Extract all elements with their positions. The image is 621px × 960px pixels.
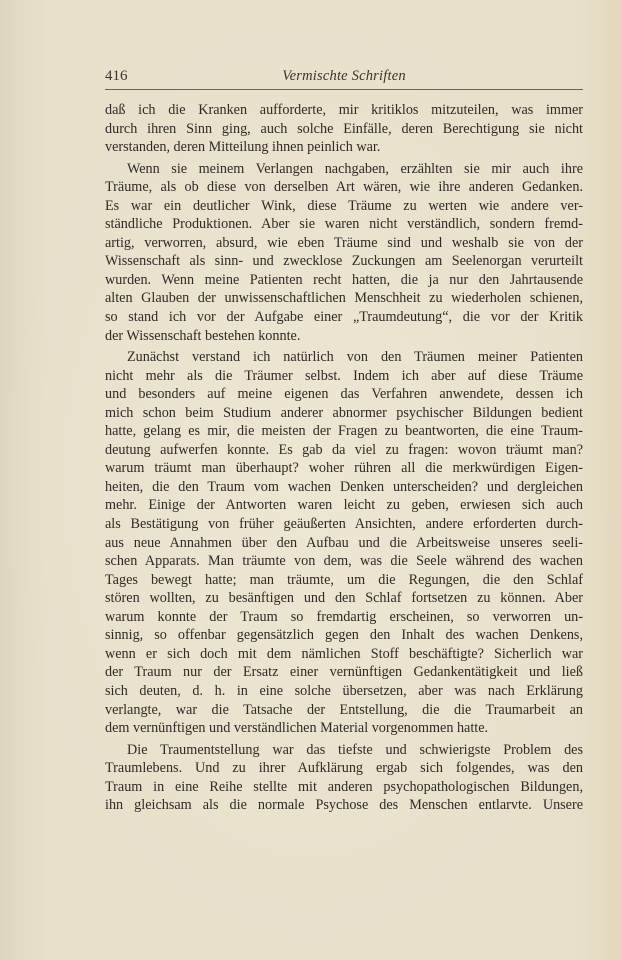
text-line: ihn gleichsam als die normale Psychose d… [105,796,583,815]
text-line: Tages bewegt hatte; man träumte, um die … [105,571,583,590]
text-line: der Traum nur der Ersatz einer vernünfti… [105,663,583,682]
text-line: Träume, als ob diese von derselben Art w… [105,178,583,197]
body-text: daß ich die Kranken aufforderte, mir kri… [105,101,583,818]
text-line: durch ihren Sinn ging, auch solche Einfä… [105,120,583,139]
text-line: und besonders auf meine eigenen das Verf… [105,385,583,404]
text-line: alten Glauben der unwissenschaftlichen M… [105,289,583,308]
header-rule [105,89,583,90]
page-header: 416 Vermischte Schriften [105,68,583,88]
text-line: der Wissenschaft bestehen konnte. [105,327,583,346]
text-line: mich schon beim Studium anderer abnormer… [105,404,583,423]
text-line: aus neue Annahmen über den Aufbau und di… [105,534,583,553]
text-line: so stand ich vor der Aufgabe einer „Trau… [105,308,583,327]
text-line: nicht mehr als die Träumer selbst. Indem… [105,367,583,386]
text-line: warum konnte der Traum so fremdartig ers… [105,608,583,627]
text-line: Es war ein deutlicher Wink, diese Träume… [105,197,583,216]
text-line: deutung aufwerfen konnte. Es gab da viel… [105,441,583,460]
text-line: hatte, gelang es mir, die meisten der Fr… [105,422,583,441]
text-line: verlangte, war die Tatsache der Entstell… [105,701,583,720]
text-line: Die Traumentstellung war das tiefste und… [105,741,583,760]
text-line: Zunächst verstand ich natürlich von den … [105,348,583,367]
text-line: Traumlebens. Und zu ihrer Aufklärung erg… [105,759,583,778]
text-line: sinnig, so offenbar gegensätzlich gegen … [105,626,583,645]
paragraph: Die Traumentstellung war das tiefste und… [105,741,583,815]
paragraph: Zunächst verstand ich natürlich von den … [105,348,583,737]
text-line: sich deuten, d. h. in eine solche überse… [105,682,583,701]
text-line: dem vernünftigen und verständlichen Mate… [105,719,583,738]
text-line: artig, verworren, absurd, wie eben Träum… [105,234,583,253]
text-line: warum träumt man überhaupt? woher rühren… [105,459,583,478]
text-line: stören wollten, zu besänftigen und den S… [105,589,583,608]
text-line: Wenn sie meinem Verlangen nachgaben, erz… [105,160,583,179]
text-line: Wissenschaft als sinn- und zwecklose Zuc… [105,252,583,271]
text-line: schen Apparats. Man träumte von dem, was… [105,552,583,571]
text-line: wurden. Wenn meine Patienten recht hatte… [105,271,583,290]
book-page: 416 Vermischte Schriften daß ich die Kra… [0,0,621,960]
text-line: verstanden, deren Mitteilung ihnen peinl… [105,138,583,157]
text-line: als Bestätigung von früher geäußerten An… [105,515,583,534]
text-line: mehr. Einige der Antworten waren leicht … [105,496,583,515]
text-line: heiten, die den Traum vom wachen Denken … [105,478,583,497]
paragraph: daß ich die Kranken aufforderte, mir kri… [105,101,583,157]
paragraph: Wenn sie meinem Verlangen nachgaben, erz… [105,160,583,345]
text-line: wenn er sich doch mit dem nämlichen Stof… [105,645,583,664]
text-line: Traum in eine Reihe stellte mit anderen … [105,778,583,797]
text-line: daß ich die Kranken aufforderte, mir kri… [105,101,583,120]
text-line: ständliche Produktionen. Aber sie waren … [105,215,583,234]
running-title: Vermischte Schriften [105,68,583,85]
